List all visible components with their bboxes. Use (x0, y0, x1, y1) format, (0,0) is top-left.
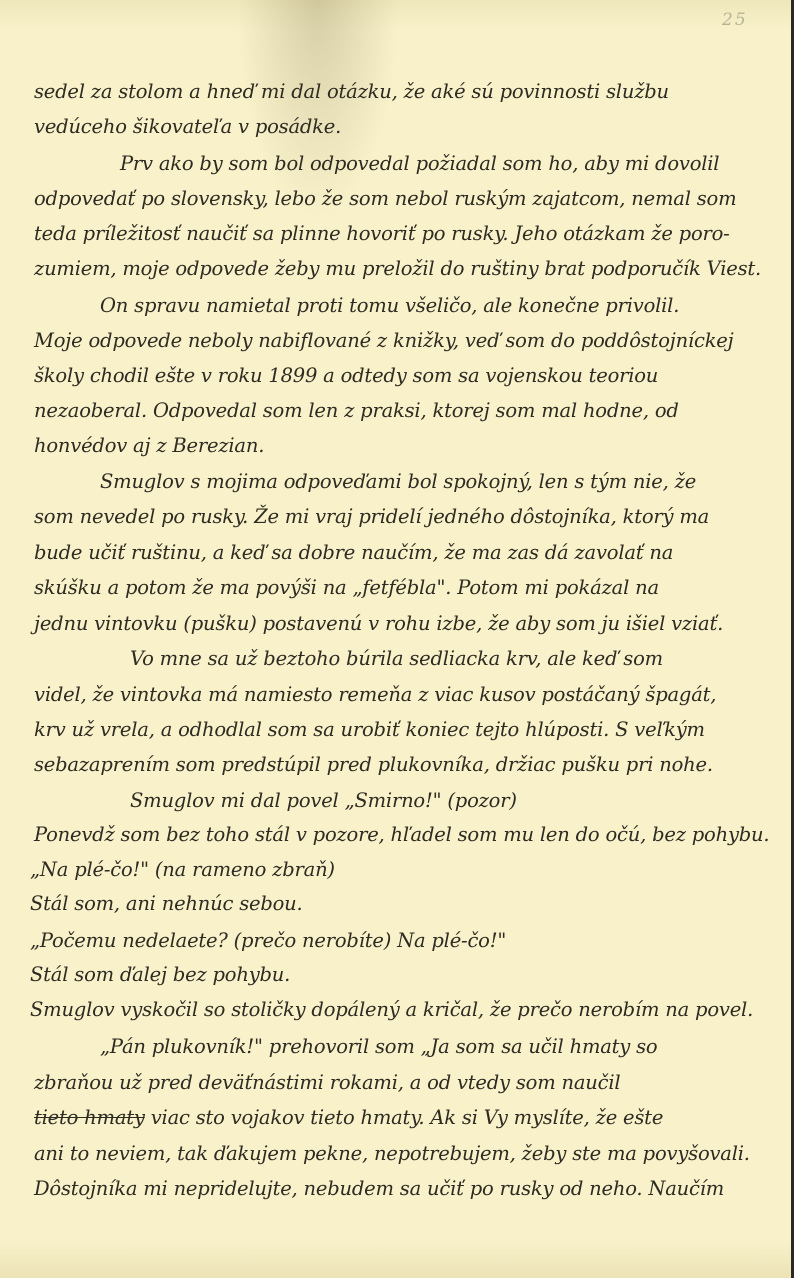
line-text: honvédov aj z Berezian. (34, 434, 264, 457)
page-number: 25 (722, 10, 748, 30)
line-text: Smuglov vyskočil so stoličky dopálený a … (30, 998, 753, 1021)
line-text: On spravu namietal proti tomu všeličo, a… (100, 294, 679, 317)
line-text: Smuglov mi dal povel „Smirno!" (pozor) (130, 789, 517, 812)
text-line: Pone­vdž som bez toho stál v pozore, hľa… (34, 823, 769, 847)
line-text: videl, že vintovka má namiesto remeňa z … (34, 683, 716, 706)
line-text: odpovedať po slovensky, lebo že som nebo… (34, 187, 736, 210)
line-text: sebazaprením som predstúpil pred plukovn… (34, 753, 713, 776)
line-text: Smuglov s mojima odpoveďami bol spokojný… (100, 470, 696, 493)
line-text: nezaoberal. Odpovedal som len z praksi, … (34, 399, 679, 422)
text-line: Dôstojníka mi nepridelujte, nebudem sa u… (34, 1177, 724, 1201)
text-line: Vo mne sa už beztoho búrila sedliacka kr… (130, 647, 663, 671)
manuscript-page: 25 sedel za stolom a hneď mi dal otázku,… (0, 0, 794, 1278)
struck-through-text: tieto hmaty (34, 1106, 145, 1129)
text-line: krv už vrela, a odhodlal som sa urobiť k… (34, 718, 705, 742)
text-line: Stál som ďalej bez pohybu. (30, 963, 290, 987)
text-line: ani to neviem, tak ďakujem pekne, nepotr… (34, 1142, 750, 1166)
text-line: vedúceho šikovateľa v posádke. (34, 115, 341, 139)
line-text: Dôstojníka mi nepridelujte, nebudem sa u… (34, 1177, 724, 1200)
text-line: odpovedať po slovensky, lebo že som nebo… (34, 187, 736, 211)
line-text: Vo mne sa už beztoho búrila sedliacka kr… (130, 647, 663, 670)
text-line: Smuglov s mojima odpoveďami bol spokojný… (100, 470, 696, 494)
text-line: Stál som, ani nehnúc sebou. (30, 892, 303, 916)
text-line: On spravu namietal proti tomu všeličo, a… (100, 294, 679, 318)
text-line: videl, že vintovka má namiesto remeňa z … (34, 683, 716, 707)
line-text: viac sto vojakov tieto hmaty. Ak si Vy m… (145, 1106, 663, 1129)
line-text: Prv ako by som bol odpovedal požiadal so… (120, 152, 719, 175)
text-line: zbraňou už pred deväťnástimi rokami, a o… (34, 1071, 620, 1095)
text-line: teda príležitosť naučiť sa plinne hovori… (34, 222, 730, 246)
text-line: „Počemu nedelaete? (prečo nerobíte) Na p… (30, 929, 506, 953)
line-text: školy chodil ešte v roku 1899 a odtedy s… (34, 364, 658, 387)
text-line: zumiem, moje odpovede žeby mu preložil d… (34, 257, 761, 281)
text-line: „Na plé-čo!" (na rameno zbraň) (30, 858, 335, 882)
text-line: nezaoberal. Odpovedal som len z praksi, … (34, 399, 679, 423)
line-text: „Počemu nedelaete? (prečo nerobíte) Na p… (30, 929, 506, 952)
line-text: vedúceho šikovateľa v posádke. (34, 115, 341, 138)
line-text: Stál som, ani nehnúc sebou. (30, 892, 303, 915)
text-line: „Pán plukovník!" prehovoril som „Ja som … (100, 1035, 657, 1059)
line-text: zbraňou už pred deväťnástimi rokami, a o… (34, 1071, 620, 1094)
text-line: bude učiť ruštinu, a keď sa dobre naučím… (34, 541, 673, 565)
line-text: jednu vintovku (pušku) postavenú v rohu … (34, 612, 723, 635)
line-text: ani to neviem, tak ďakujem pekne, nepotr… (34, 1142, 750, 1165)
text-line: Prv ako by som bol odpovedal požiadal so… (120, 152, 719, 176)
line-text: zumiem, moje odpovede žeby mu preložil d… (34, 257, 761, 280)
text-line: sedel za stolom a hneď mi dal otázku, že… (34, 80, 669, 104)
line-text: „Na plé-čo!" (na rameno zbraň) (30, 858, 335, 881)
text-line: tieto hmaty viac sto vojakov tieto hmaty… (34, 1106, 663, 1130)
text-line: Smuglov vyskočil so stoličky dopálený a … (30, 998, 753, 1022)
line-text: „Pán plukovník!" prehovoril som „Ja som … (100, 1035, 657, 1058)
text-line: Moje odpovede neboly nabiflované z knižk… (34, 329, 734, 353)
text-line: školy chodil ešte v roku 1899 a odtedy s… (34, 364, 658, 388)
text-line: jednu vintovku (pušku) postavenú v rohu … (34, 612, 723, 636)
line-text: som nevedel po rusky. Že mi vraj pridelí… (34, 505, 709, 528)
line-text: skúšku a potom že ma povýši na „fetfébla… (34, 576, 659, 599)
text-line: skúšku a potom že ma povýši na „fetfébla… (34, 576, 659, 600)
line-text: bude učiť ruštinu, a keď sa dobre naučím… (34, 541, 673, 564)
text-line: som nevedel po rusky. Že mi vraj pridelí… (34, 505, 709, 529)
text-line: sebazaprením som predstúpil pred plukovn… (34, 753, 713, 777)
line-text: krv už vrela, a odhodlal som sa urobiť k… (34, 718, 705, 741)
line-text: sedel za stolom a hneď mi dal otázku, že… (34, 80, 669, 103)
line-text: Stál som ďalej bez pohybu. (30, 963, 290, 986)
line-text: Pone­vdž som bez toho stál v pozore, hľa… (34, 823, 769, 846)
text-line: Smuglov mi dal povel „Smirno!" (pozor) (130, 789, 517, 813)
line-text: Moje odpovede neboly nabiflované z knižk… (34, 329, 734, 352)
line-text: teda príležitosť naučiť sa plinne hovori… (34, 222, 730, 245)
text-line: honvédov aj z Berezian. (34, 434, 264, 458)
